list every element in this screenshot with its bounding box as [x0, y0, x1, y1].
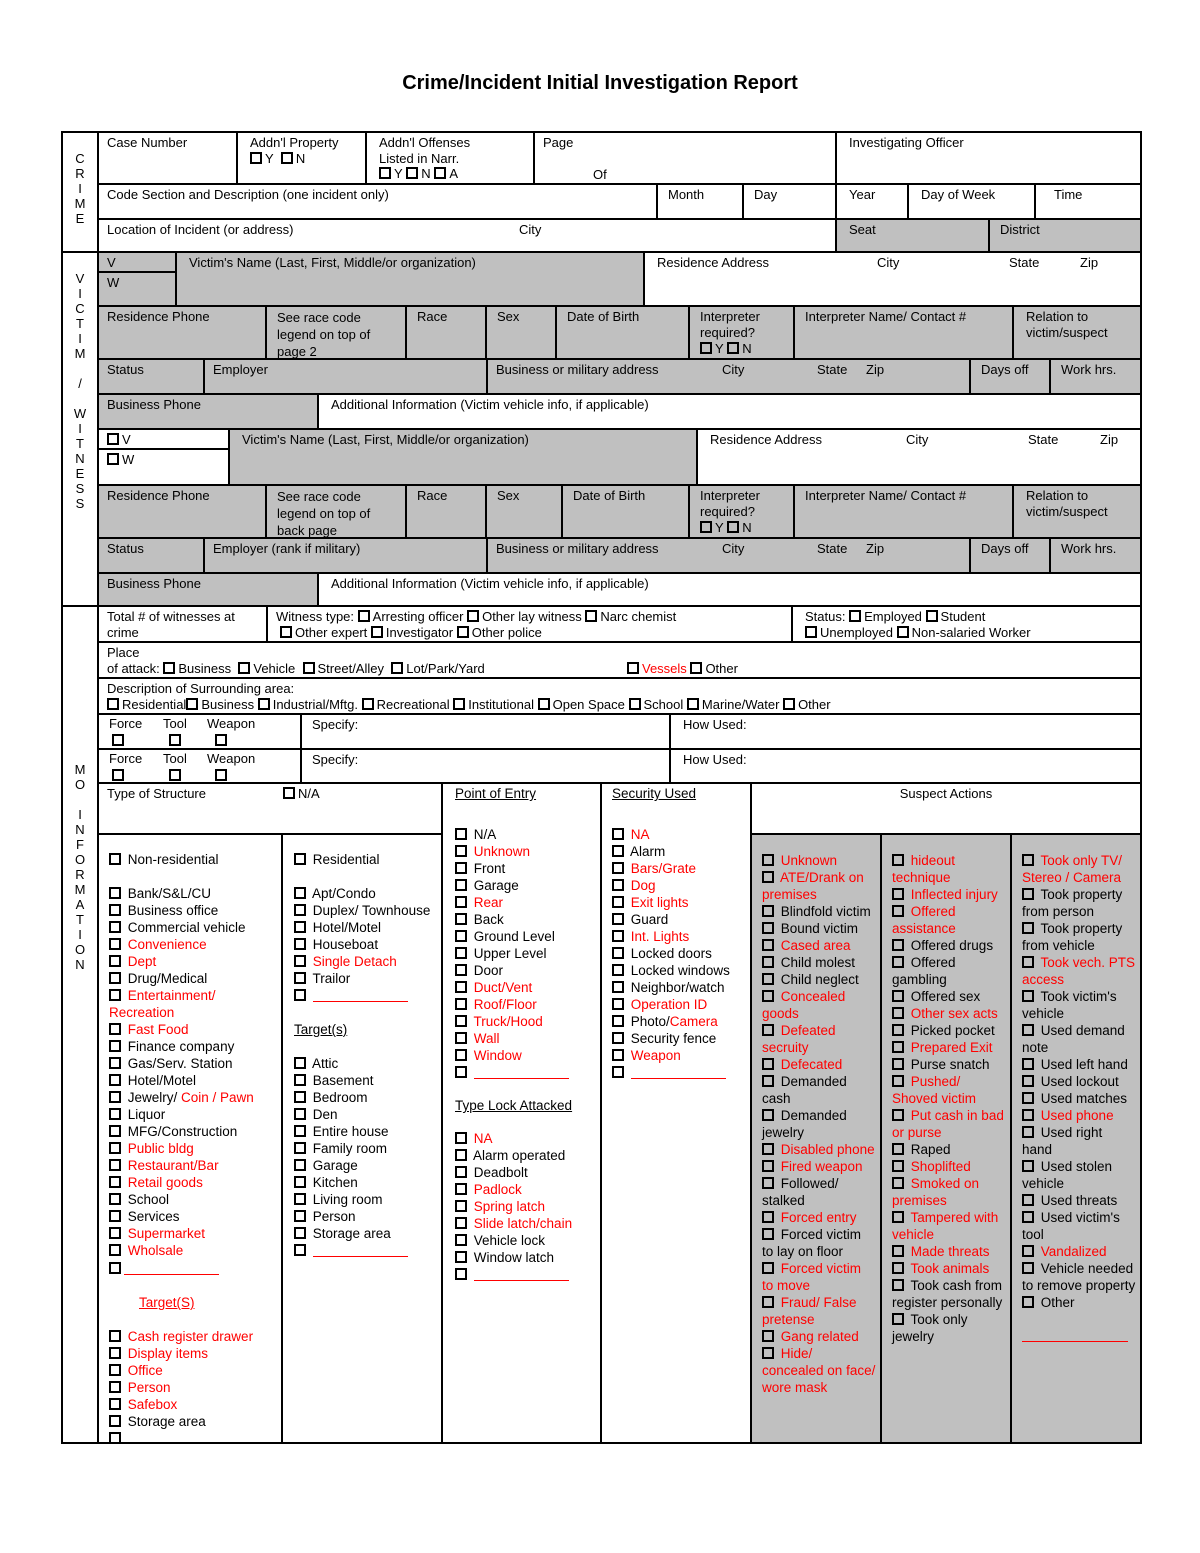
security-checkbox[interactable]	[612, 1015, 624, 1027]
non-res-target-checkbox[interactable]	[109, 1330, 121, 1342]
victim1-status-field[interactable]: Status	[97, 358, 205, 395]
non-residential-option-label: Convenience	[128, 937, 207, 952]
non-residential-checkbox[interactable]	[109, 853, 121, 865]
non-residential-option-checkbox[interactable]	[109, 1193, 121, 1205]
addnl-offenses-a-checkbox[interactable]	[434, 167, 446, 179]
security-checkbox[interactable]	[612, 981, 624, 993]
suspect-action-checkbox[interactable]	[1022, 1058, 1034, 1070]
security-label: Dog	[631, 878, 656, 893]
suspect-action-checkbox[interactable]	[1022, 1126, 1034, 1138]
suspect-action-checkbox[interactable]	[892, 956, 904, 968]
force-checkbox[interactable]	[112, 734, 124, 746]
checkbox-other[interactable]	[612, 1066, 624, 1078]
surrounding-checkbox[interactable]	[107, 698, 119, 710]
non-residential-option-checkbox[interactable]	[109, 1074, 121, 1086]
security-label: Neighbor/watch	[631, 980, 725, 995]
victim1-work-hrs-field[interactable]: Work hrs.	[1049, 358, 1142, 395]
case-number-field[interactable]: Case Number	[97, 131, 238, 185]
victim2-w-checkbox[interactable]	[107, 453, 119, 465]
suspect-action-checkbox[interactable]	[1022, 1194, 1034, 1206]
non-residential-option-checkbox[interactable]	[109, 989, 121, 1001]
res-target-checkbox[interactable]	[294, 1074, 306, 1086]
specify-field-1[interactable]: Specify:	[300, 713, 671, 750]
res-target-checkbox[interactable]	[294, 1091, 306, 1103]
security-checkbox[interactable]	[612, 862, 624, 874]
checkbox-other[interactable]	[109, 1262, 121, 1274]
point-of-entry-checkbox[interactable]	[455, 913, 467, 925]
residential-option-checkbox[interactable]	[294, 972, 306, 984]
surrounding-checkbox[interactable]	[783, 698, 795, 710]
suspect-action-checkbox[interactable]	[762, 1058, 774, 1070]
suspect-action-label: Offered drugs	[911, 938, 993, 953]
suspect-action-item: Offered assistance	[892, 903, 1006, 937]
victim2-sex-field[interactable]: Sex	[485, 484, 563, 539]
security-checkbox[interactable]	[612, 930, 624, 942]
surrounding-checkbox[interactable]	[186, 698, 198, 710]
victim1-days-off-field[interactable]: Days off	[969, 358, 1051, 395]
suspect-action-item: Offered sex	[892, 988, 1006, 1005]
suspect-action-checkbox[interactable]	[892, 1041, 904, 1053]
required-label: required?	[700, 325, 793, 341]
lock-type-item: Alarm operated	[455, 1147, 600, 1164]
non-residential-option-checkbox[interactable]	[109, 1091, 121, 1103]
victim2-additional-info-field[interactable]: Additional Information (Victim vehicle i…	[317, 572, 1142, 607]
security-checkbox[interactable]	[612, 1049, 624, 1061]
suspect-action-checkbox[interactable]	[892, 990, 904, 1002]
suspect-action-checkbox[interactable]	[762, 956, 774, 968]
suspect-action-checkbox[interactable]	[762, 1075, 774, 1087]
suspect-action-label: Used phone	[1041, 1108, 1114, 1123]
suspect-action-checkbox[interactable]	[762, 939, 774, 951]
victim2-employer-field[interactable]: Employer (rank if military)	[203, 537, 488, 574]
interpreter-n-checkbox[interactable]	[727, 342, 739, 354]
residential-option-checkbox[interactable]	[294, 921, 306, 933]
residential-option-checkbox[interactable]	[294, 938, 306, 950]
victim1-relation-field[interactable]: Relation to victim/suspect	[1012, 305, 1142, 360]
lock-type-checkbox[interactable]	[455, 1200, 467, 1212]
suspect-action-checkbox[interactable]	[892, 854, 904, 866]
suspect-action-checkbox[interactable]	[1022, 1075, 1034, 1087]
victim2-interpreter-name-field[interactable]: Interpreter Name/ Contact #	[793, 484, 1014, 539]
suspect-action-checkbox[interactable]	[892, 1143, 904, 1155]
investigating-officer-label: Investigating Officer	[849, 135, 964, 150]
witness-type-checkbox[interactable]	[358, 610, 370, 622]
day-of-week-field[interactable]: Day of Week	[907, 183, 1036, 220]
victim2-residence-address-field[interactable]: Residence Address City State Zip	[696, 428, 1142, 486]
suspect-action-checkbox[interactable]	[1022, 1262, 1034, 1274]
status-checkbox[interactable]	[805, 626, 817, 638]
victim2-name-field[interactable]: Victim's Name (Last, First, Middle/or or…	[228, 428, 698, 486]
interpreter-y-checkbox[interactable]	[700, 342, 712, 354]
point-of-entry-checkbox[interactable]	[455, 1049, 467, 1061]
victim1-interpreter-name-field[interactable]: Interpreter Name/ Contact #	[793, 305, 1014, 360]
suspect-action-checkbox[interactable]	[1022, 956, 1034, 968]
victim2-relation-field[interactable]: Relation to victim/suspect	[1012, 484, 1142, 539]
checkbox-other[interactable]	[455, 1268, 467, 1280]
status-option: Employed	[864, 609, 922, 624]
security-checkbox[interactable]	[612, 964, 624, 976]
suspect-action-checkbox[interactable]	[1022, 888, 1034, 900]
security-checkbox[interactable]	[612, 879, 624, 891]
lock-type-checkbox[interactable]	[455, 1251, 467, 1263]
suspect-action-checkbox[interactable]	[762, 990, 774, 1002]
tool-checkbox[interactable]	[169, 734, 181, 746]
witness-type-option: Investigator	[386, 625, 453, 640]
checkbox-other[interactable]	[109, 1432, 121, 1444]
witness-type-option: Other police	[472, 625, 542, 640]
residential-checkbox[interactable]	[294, 853, 306, 865]
witness-type-checkbox[interactable]	[280, 626, 292, 638]
non-residential-option-checkbox[interactable]	[109, 1108, 121, 1120]
zip-label: Zip	[1080, 255, 1098, 271]
victim1-business-phone-field[interactable]: Business Phone	[97, 393, 319, 430]
weapon-checkbox[interactable]	[215, 734, 227, 746]
non-residential-option-label: Supermarket	[128, 1226, 205, 1241]
point-of-entry-checkbox[interactable]	[455, 998, 467, 1010]
blank-line	[1022, 1330, 1128, 1342]
victim1-employer-field[interactable]: Employer	[203, 358, 488, 395]
suspect-action-checkbox[interactable]	[892, 1211, 904, 1223]
victim1-additional-info-field[interactable]: Additional Information (Victim vehicle i…	[317, 393, 1142, 430]
suspect-action-checkbox[interactable]	[892, 1262, 904, 1274]
structure-na-checkbox[interactable]	[283, 787, 295, 799]
lock-type-checkbox[interactable]	[455, 1132, 467, 1144]
non-residential-option-checkbox[interactable]	[109, 904, 121, 916]
suspect-action-checkbox[interactable]	[762, 1211, 774, 1223]
place-checkbox[interactable]	[303, 662, 315, 674]
res-target-checkbox[interactable]	[294, 1227, 306, 1239]
relation-label: Relation to	[1026, 488, 1140, 504]
non-res-target-checkbox[interactable]	[109, 1381, 121, 1393]
page-field[interactable]: Page Of	[533, 131, 837, 185]
district-field[interactable]: District	[988, 218, 1142, 253]
victim2-business-address-field[interactable]: Business or military address City State …	[486, 537, 971, 574]
lock-type-checkbox[interactable]	[455, 1234, 467, 1246]
race-code-note-2: legend on top of	[277, 505, 405, 522]
suspect-action-checkbox[interactable]	[892, 1058, 904, 1070]
status-label: Status	[107, 541, 144, 556]
suspect-action-label: Gang related	[781, 1329, 859, 1344]
tool-checkbox[interactable]	[169, 769, 181, 781]
security-checkbox[interactable]	[612, 845, 624, 857]
day-field[interactable]: Day	[742, 183, 837, 220]
surrounding-checkbox[interactable]	[258, 698, 270, 710]
side-letter: W	[63, 406, 97, 421]
victim1-race-code-note: See race code legend on top of page 2	[265, 305, 407, 360]
non-residential-option-checkbox[interactable]	[109, 1023, 121, 1035]
lock-type-checkbox[interactable]	[455, 1183, 467, 1195]
victim1-name-field[interactable]: Victim's Name (Last, First, Middle/or or…	[175, 251, 645, 307]
suspect-action-label: Took only TV/ Stereo / Camera	[1022, 853, 1122, 885]
witness-type-checkbox[interactable]	[585, 610, 597, 622]
res-target-label: Attic	[312, 1056, 338, 1071]
interpreter-n-checkbox[interactable]	[727, 521, 739, 533]
res-target-checkbox[interactable]	[294, 1210, 306, 1222]
place-checkbox[interactable]	[627, 662, 639, 674]
non-residential-option-checkbox[interactable]	[109, 921, 121, 933]
witness-type-checkbox[interactable]	[467, 610, 479, 622]
suspect-action-checkbox[interactable]	[892, 1177, 904, 1189]
side-letter: I	[63, 331, 97, 346]
suspect-action-checkbox[interactable]	[892, 905, 904, 917]
non-residential-option-item: Dept	[109, 953, 281, 970]
status-checkbox[interactable]	[897, 626, 909, 638]
side-letter: I	[63, 286, 97, 301]
force-checkbox[interactable]	[112, 769, 124, 781]
surrounding-checkbox[interactable]	[362, 698, 374, 710]
suspect-action-label: Forced victim to lay on floor	[762, 1227, 861, 1259]
place-checkbox[interactable]	[391, 662, 403, 674]
lock-type-checkbox[interactable]	[455, 1217, 467, 1229]
victim1-race-field[interactable]: Race	[405, 305, 487, 360]
location-field[interactable]: Location of Incident (or address) City	[97, 218, 837, 253]
non-residential-option-checkbox[interactable]	[109, 1125, 121, 1137]
suspect-action-checkbox[interactable]	[762, 1262, 774, 1274]
point-of-entry-item: N/A	[455, 826, 600, 843]
suspect-action-checkbox[interactable]	[892, 1313, 904, 1325]
place-checkbox[interactable]	[163, 662, 175, 674]
place-option: Business	[178, 661, 231, 676]
victim2-dob-field[interactable]: Date of Birth	[561, 484, 690, 539]
non-res-target-checkbox[interactable]	[109, 1415, 121, 1427]
status-checkbox[interactable]	[849, 610, 861, 622]
victim1-w-field[interactable]: W	[97, 271, 177, 307]
point-of-entry-checkbox[interactable]	[455, 1032, 467, 1044]
blank-line	[474, 1269, 569, 1281]
additional-info-label: Additional Information (Victim vehicle i…	[331, 576, 649, 591]
res-target-label: Bedroom	[313, 1090, 368, 1105]
point-of-entry-label: Roof/Floor	[474, 997, 537, 1012]
side-letter: N	[63, 451, 97, 466]
blank-line	[124, 1263, 219, 1275]
status-checkbox[interactable]	[926, 610, 938, 622]
suspect-action-checkbox[interactable]	[762, 1160, 774, 1172]
suspect-action-checkbox[interactable]	[762, 1143, 774, 1155]
side-letter: M	[63, 346, 97, 361]
suspect-action-checkbox[interactable]	[892, 1160, 904, 1172]
res-target-item: Bedroom	[294, 1089, 441, 1106]
victim1-v-field[interactable]: V	[97, 251, 177, 273]
residential-option-checkbox[interactable]	[294, 955, 306, 967]
non-residential-option-checkbox[interactable]	[109, 1227, 121, 1239]
res-target-checkbox[interactable]	[294, 1125, 306, 1137]
non-res-target-checkbox[interactable]	[109, 1364, 121, 1376]
suspect-action-checkbox[interactable]	[762, 1109, 774, 1121]
suspect-action-checkbox[interactable]	[762, 905, 774, 917]
side-letter: S	[63, 496, 97, 511]
residential-option-checkbox[interactable]	[294, 904, 306, 916]
month-field[interactable]: Month	[656, 183, 744, 220]
res-target-checkbox[interactable]	[294, 1108, 306, 1120]
surrounding-checkbox[interactable]	[687, 698, 699, 710]
victim2-status-field[interactable]: Status	[97, 537, 205, 574]
time-field[interactable]: Time	[1034, 183, 1142, 220]
suspect-action-label: Used victim's tool	[1022, 1210, 1120, 1242]
non-residential-option-checkbox[interactable]	[109, 1210, 121, 1222]
security-item: Bars/Grate	[612, 860, 750, 877]
witness-type-option: Other expert	[295, 625, 367, 640]
victim1-residence-address-field[interactable]: Residence Address City State Zip	[643, 251, 1142, 307]
suspect-action-item: Gang related	[762, 1328, 876, 1345]
checkbox-other[interactable]	[294, 1244, 306, 1256]
suspect-action-checkbox[interactable]	[1022, 1109, 1034, 1121]
victim2-days-off-field[interactable]: Days off	[969, 537, 1051, 574]
total-witnesses-field[interactable]: Total # of witnesses at crime	[97, 605, 268, 643]
seat-field[interactable]: Seat	[835, 218, 990, 253]
point-of-entry-checkbox[interactable]	[455, 1015, 467, 1027]
checkbox-other[interactable]	[294, 989, 306, 1001]
suspect-action-item: Used matches	[1022, 1090, 1136, 1107]
suspect-action-checkbox[interactable]	[762, 973, 774, 985]
suspect-action-checkbox[interactable]	[762, 1177, 774, 1189]
specify-field-2[interactable]: Specify:	[300, 748, 671, 784]
weapon-checkbox[interactable]	[215, 769, 227, 781]
witness-type-checkbox[interactable]	[371, 626, 383, 638]
addnl-property-n-checkbox[interactable]	[281, 152, 293, 164]
year-field[interactable]: Year	[835, 183, 909, 220]
non-residential-option-checkbox[interactable]	[109, 972, 121, 984]
place-checkbox[interactable]	[690, 662, 702, 674]
status-label: Status:	[805, 609, 845, 624]
how-used-field-1[interactable]: How Used:	[669, 713, 1142, 750]
suspect-action-checkbox[interactable]	[762, 1330, 774, 1342]
suspect-action-item: Other sex acts	[892, 1005, 1006, 1022]
suspect-action-checkbox[interactable]	[892, 1279, 904, 1291]
non-residential-option-checkbox[interactable]	[109, 1176, 121, 1188]
suspect-action-checkbox[interactable]	[892, 1007, 904, 1019]
how-used-field-2[interactable]: How Used:	[669, 748, 1142, 784]
security-checkbox[interactable]	[612, 947, 624, 959]
lock-type-label: Spring latch	[474, 1199, 545, 1214]
res-target-checkbox[interactable]	[294, 1142, 306, 1154]
checkbox-other[interactable]	[455, 1066, 467, 1078]
non-residential-option-checkbox[interactable]	[109, 938, 121, 950]
suspect-action-checkbox[interactable]	[892, 1075, 904, 1087]
suspect-action-label: Defecated	[781, 1057, 843, 1072]
addnl-offenses-y-checkbox[interactable]	[379, 167, 391, 179]
surrounding-checkbox[interactable]	[538, 698, 550, 710]
suspect-action-checkbox[interactable]	[762, 1296, 774, 1308]
suspect-action-item: Child neglect	[762, 971, 876, 988]
security-checkbox[interactable]	[612, 998, 624, 1010]
security-checkbox[interactable]	[612, 913, 624, 925]
res-target-checkbox[interactable]	[294, 1176, 306, 1188]
investigating-officer-field[interactable]: Investigating Officer	[835, 131, 1142, 185]
security-checkbox[interactable]	[612, 1032, 624, 1044]
point-of-entry-checkbox[interactable]	[455, 964, 467, 976]
surrounding-checkbox[interactable]	[453, 698, 465, 710]
security-label: Locked windows	[631, 963, 730, 978]
suspect-action-checkbox[interactable]	[892, 939, 904, 951]
suspect-action-checkbox[interactable]	[762, 922, 774, 934]
interpreter-y-checkbox[interactable]	[700, 521, 712, 533]
non-residential-option-item: Liquor	[109, 1106, 281, 1123]
point-of-entry-checkbox[interactable]	[455, 879, 467, 891]
surrounding-checkbox[interactable]	[629, 698, 641, 710]
point-of-entry-checkbox[interactable]	[455, 981, 467, 993]
suspect-action-checkbox[interactable]	[1022, 990, 1034, 1002]
suspect-action-checkbox[interactable]	[1022, 922, 1034, 934]
suspect-action-checkbox[interactable]	[762, 1228, 774, 1240]
place-label: Place	[107, 645, 1140, 661]
victim2-race-field[interactable]: Race	[405, 484, 487, 539]
business-address-label: Business or military address	[496, 362, 659, 377]
security-checkbox[interactable]	[612, 828, 624, 840]
suspect-action-checkbox[interactable]	[1022, 1245, 1034, 1257]
suspect-action-checkbox[interactable]	[1022, 1024, 1034, 1036]
security-checkbox[interactable]	[612, 896, 624, 908]
suspect-action-checkbox[interactable]	[1022, 1296, 1034, 1308]
witness-type-checkbox[interactable]	[457, 626, 469, 638]
non-residential-option-checkbox[interactable]	[109, 1244, 121, 1256]
suspect-action-checkbox[interactable]	[762, 854, 774, 866]
non-residential-option-checkbox[interactable]	[109, 1040, 121, 1052]
point-of-entry-checkbox[interactable]	[455, 828, 467, 840]
victim1-residence-phone-field[interactable]: Residence Phone	[97, 305, 267, 360]
suspect-action-checkbox[interactable]	[892, 1024, 904, 1036]
victim2-residence-phone-field[interactable]: Residence Phone	[97, 484, 267, 539]
point-of-entry-checkbox[interactable]	[455, 947, 467, 959]
suspect-action-checkbox[interactable]	[1022, 1211, 1034, 1223]
non-res-target-checkbox[interactable]	[109, 1347, 121, 1359]
suspect-action-checkbox[interactable]	[892, 888, 904, 900]
suspect-action-checkbox[interactable]	[762, 1347, 774, 1359]
point-of-entry-checkbox[interactable]	[455, 845, 467, 857]
suspect-action-checkbox[interactable]	[1022, 1092, 1034, 1104]
residential-option-checkbox[interactable]	[294, 887, 306, 899]
lock-type-checkbox[interactable]	[455, 1149, 467, 1161]
place-checkbox[interactable]	[238, 662, 250, 674]
victim2-work-hrs-field[interactable]: Work hrs.	[1049, 537, 1142, 574]
res-target-checkbox[interactable]	[294, 1057, 306, 1069]
suspect-action-checkbox[interactable]	[892, 1245, 904, 1257]
non-res-target-checkbox[interactable]	[109, 1398, 121, 1410]
suspect-action-checkbox[interactable]	[762, 1024, 774, 1036]
business-phone-label: Business Phone	[107, 576, 201, 591]
tool-label: Tool	[163, 716, 187, 732]
residential-option-item: Single Detach	[294, 953, 441, 970]
non-residential-option-checkbox[interactable]	[109, 1057, 121, 1069]
victim2-w-field: W	[97, 448, 230, 486]
code-section-field[interactable]: Code Section and Description (one incide…	[97, 183, 658, 220]
non-residential-option-checkbox[interactable]	[109, 1159, 121, 1171]
point-of-entry-checkbox[interactable]	[455, 930, 467, 942]
addnl-offenses-label-2: Listed in Narr.	[379, 151, 533, 167]
victim1-business-address-field[interactable]: Business or military address City State …	[486, 358, 971, 395]
victim2-business-phone-field[interactable]: Business Phone	[97, 572, 319, 607]
suspect-action-checkbox[interactable]	[1022, 1160, 1034, 1172]
non-residential-option-item: Retail goods	[109, 1174, 281, 1191]
suspect-action-checkbox[interactable]	[1022, 854, 1034, 866]
non-residential-option-checkbox[interactable]	[109, 1142, 121, 1154]
res-target-checkbox[interactable]	[294, 1193, 306, 1205]
victim2-v-checkbox[interactable]	[107, 433, 119, 445]
victim1-sex-field[interactable]: Sex	[485, 305, 557, 360]
res-target-checkbox[interactable]	[294, 1159, 306, 1171]
non-residential-option-checkbox[interactable]	[109, 887, 121, 899]
non-residential-option-item: Entertainment/ Recreation	[109, 987, 281, 1021]
point-of-entry-checkbox[interactable]	[455, 862, 467, 874]
point-of-entry-header: Point of Entry	[455, 785, 600, 802]
addnl-offenses-n-checkbox[interactable]	[406, 167, 418, 179]
suspect-action-checkbox[interactable]	[892, 1109, 904, 1121]
lock-type-checkbox[interactable]	[455, 1166, 467, 1178]
victim1-dob-field[interactable]: Date of Birth	[555, 305, 690, 360]
point-of-entry-checkbox[interactable]	[455, 896, 467, 908]
suspect-action-checkbox[interactable]	[762, 871, 774, 883]
addnl-property-y-checkbox[interactable]	[250, 152, 262, 164]
non-residential-option-checkbox[interactable]	[109, 955, 121, 967]
